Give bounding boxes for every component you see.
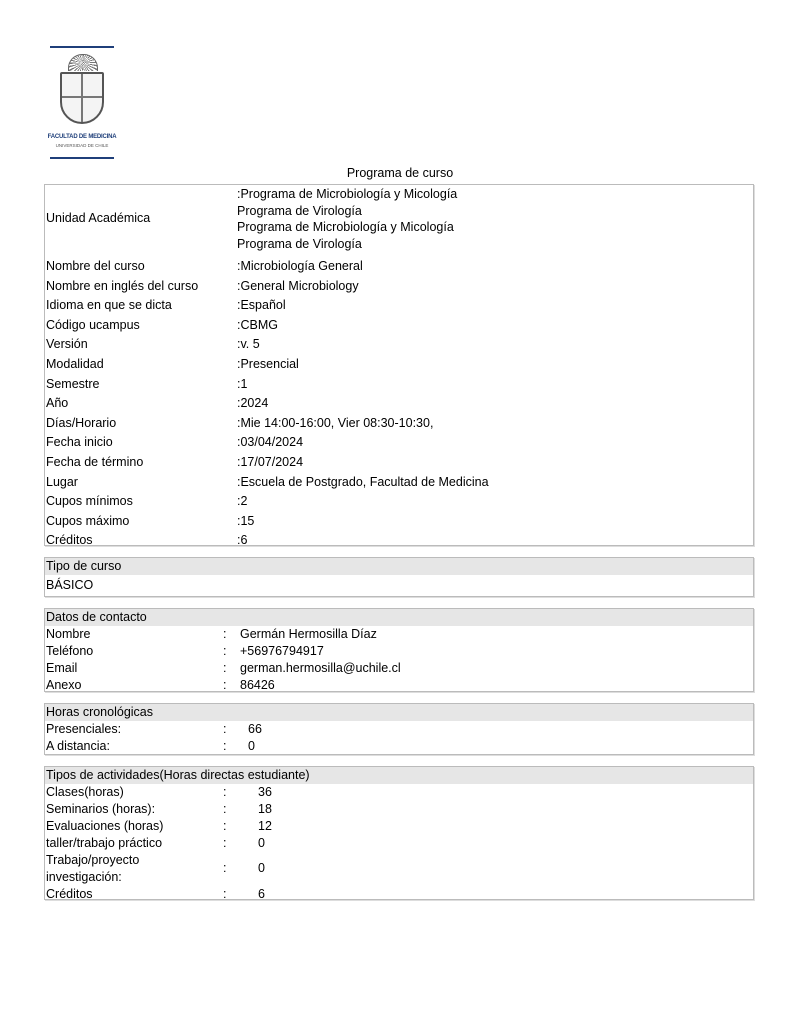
separator: :	[223, 784, 226, 801]
kv-row: Teléfono:+56976794917	[45, 643, 753, 660]
field-value: Germán Hermosilla Díaz	[240, 626, 377, 643]
field-value: :1	[237, 375, 247, 395]
faculty-logo: FACULTAD DE MEDICINA UNIVERSIDAD DE CHIL…	[46, 46, 118, 160]
unidad-academica-value: :Programa de Microbiología y Micología	[237, 186, 457, 203]
field-value: 18	[258, 801, 272, 818]
kv-row: taller/trabajo práctico:0	[45, 835, 753, 852]
separator: :	[223, 660, 226, 677]
field-label: Cupos mínimos	[46, 492, 133, 512]
field-value: :v. 5	[237, 335, 260, 355]
field-label: Modalidad	[46, 355, 104, 375]
field-label: Lugar	[46, 473, 78, 493]
separator: :	[223, 721, 226, 738]
course-info-table: Unidad Académica :Programa de Microbiolo…	[44, 184, 754, 546]
logo-faculty-text: FACULTAD DE MEDICINA	[46, 134, 118, 140]
kv-row: Evaluaciones (horas):12	[45, 818, 753, 835]
field-value: 0	[258, 835, 265, 852]
contact-section: Datos de contacto Nombre:Germán Hermosil…	[44, 608, 754, 692]
kv-row: Presenciales::66	[45, 721, 753, 738]
field-label: Fecha inicio	[46, 433, 113, 453]
field-value: 36	[258, 784, 272, 801]
field-label: Nombre del curso	[46, 257, 145, 277]
field-value: :Presencial	[237, 355, 299, 375]
separator: :	[223, 626, 226, 643]
section-header: Tipo de curso	[45, 558, 753, 575]
field-label: taller/trabajo práctico	[46, 835, 162, 852]
field-label: Nombre	[46, 626, 90, 643]
kv-row: A distancia::0	[45, 738, 753, 755]
field-value: +56976794917	[240, 643, 324, 660]
field-label: Créditos	[46, 531, 93, 551]
field-value: :2024	[237, 394, 268, 414]
field-label: Semestre	[46, 375, 100, 395]
separator: :	[223, 738, 226, 755]
field-value: :15	[237, 512, 254, 532]
kv-row: Créditos:6	[45, 886, 753, 903]
separator: :	[223, 818, 226, 835]
field-label: Evaluaciones (horas)	[46, 818, 163, 835]
field-value: :Microbiología General	[237, 257, 363, 277]
field-label: Anexo	[46, 677, 81, 694]
field-label: Trabajo/proyecto investigación:	[46, 852, 186, 886]
unidad-academica-value: Programa de Virología	[237, 236, 457, 253]
field-value: :Mie 14:00-16:00, Vier 08:30-10:30,	[237, 414, 433, 434]
field-label: Teléfono	[46, 643, 93, 660]
section-header: Datos de contacto	[45, 609, 753, 626]
field-value: :2	[237, 492, 247, 512]
separator: :	[223, 801, 226, 818]
field-label: Presenciales:	[46, 721, 121, 738]
field-label: Clases(horas)	[46, 784, 124, 801]
field-label: Cupos máximo	[46, 512, 129, 532]
kv-row: Clases(horas):36	[45, 784, 753, 801]
logo-bottom-rule	[50, 157, 114, 159]
course-type-value: BÁSICO	[45, 575, 753, 595]
field-value: :6	[237, 531, 247, 551]
field-label: A distancia:	[46, 738, 110, 755]
logo-top-rule	[50, 46, 114, 48]
field-value: 12	[258, 818, 272, 835]
kv-row: Seminarios (horas)::18	[45, 801, 753, 818]
field-label: Días/Horario	[46, 414, 116, 434]
field-value: german.hermosilla@uchile.cl	[240, 660, 401, 677]
field-label: Versión	[46, 335, 88, 355]
document-title: Programa de curso	[0, 166, 800, 180]
field-label: Código ucampus	[46, 316, 140, 336]
shield-crest-icon	[60, 72, 104, 124]
section-header: Tipos de actividades(Horas directas estu…	[45, 767, 753, 784]
field-value: :17/07/2024	[237, 453, 303, 473]
chronological-hours-section: Horas cronológicas Presenciales::66A dis…	[44, 703, 754, 755]
kv-row: Email:german.hermosilla@uchile.cl	[45, 660, 753, 677]
separator: :	[223, 677, 226, 694]
field-value: :CBMG	[237, 316, 278, 336]
field-value: :General Microbiology	[237, 277, 359, 297]
field-label: Nombre en inglés del curso	[46, 277, 198, 297]
unidad-academica-label: Unidad Académica	[46, 211, 150, 225]
field-value: :Escuela de Postgrado, Facultad de Medic…	[237, 473, 489, 493]
logo-university-text: UNIVERSIDAD DE CHILE	[46, 143, 118, 148]
separator: :	[223, 643, 226, 660]
field-value: :03/04/2024	[237, 433, 303, 453]
field-label: Email	[46, 660, 77, 677]
field-value: 0	[248, 738, 255, 755]
activity-types-section: Tipos de actividades(Horas directas estu…	[44, 766, 754, 900]
field-value: 0	[258, 860, 265, 877]
section-header: Horas cronológicas	[45, 704, 753, 721]
separator: :	[223, 835, 226, 852]
unidad-academica-value: Programa de Virología	[237, 203, 457, 220]
kv-row: Anexo:86426	[45, 677, 753, 694]
field-label: Fecha de término	[46, 453, 143, 473]
field-label: Créditos	[46, 886, 93, 903]
field-value: 86426	[240, 677, 275, 694]
separator: :	[223, 886, 226, 903]
separator: :	[223, 860, 226, 877]
kv-row: Trabajo/proyecto investigación::0	[45, 852, 753, 886]
kv-row: Nombre:Germán Hermosilla Díaz	[45, 626, 753, 643]
field-value: 6	[258, 886, 265, 903]
field-label: Año	[46, 394, 68, 414]
unidad-academica-values: :Programa de Microbiología y Micología P…	[237, 186, 457, 252]
field-label: Idioma en que se dicta	[46, 296, 172, 316]
course-type-section: Tipo de curso BÁSICO	[44, 557, 754, 597]
field-value: :Español	[237, 296, 286, 316]
field-label: Seminarios (horas):	[46, 801, 155, 818]
sun-emblem-icon	[68, 54, 98, 71]
field-value: 66	[248, 721, 262, 738]
unidad-academica-value: Programa de Microbiología y Micología	[237, 219, 457, 236]
